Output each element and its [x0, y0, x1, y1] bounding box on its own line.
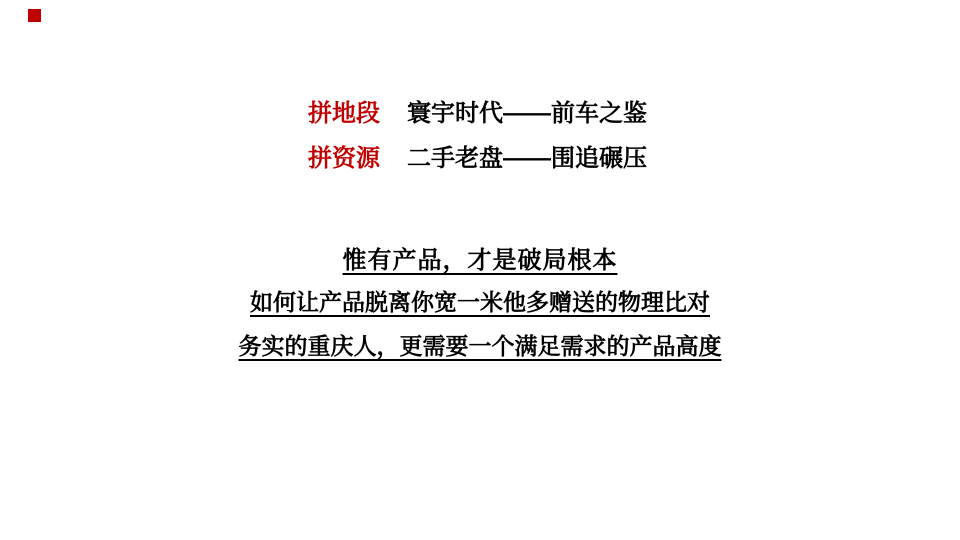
comparison-text: 二手老盘——围追碾压	[407, 145, 647, 172]
message-headline-text: 惟有产品，才是破局根本	[343, 247, 618, 274]
comparison-text: 寰宇时代——前车之鉴	[407, 100, 647, 127]
red-square-mark	[28, 9, 41, 22]
comparison-label: 拼地段	[308, 100, 380, 127]
comparison-label: 拼资源	[308, 145, 380, 172]
comparison-block: 拼地段寰宇时代——前车之鉴 拼资源二手老盘——围追碾压	[308, 91, 647, 181]
comparison-row: 拼地段寰宇时代——前车之鉴	[308, 91, 647, 136]
message-line-text: 如何让产品脱离你宽一米他多赠送的物理比对	[250, 289, 710, 315]
message-line-text: 务实的重庆人，更需要一个满足需求的产品高度	[239, 333, 722, 359]
comparison-row: 拼资源二手老盘——围追碾压	[308, 136, 647, 181]
message-headline: 惟有产品，才是破局根本	[0, 247, 960, 276]
slide-canvas: 拼地段寰宇时代——前车之鉴 拼资源二手老盘——围追碾压 惟有产品，才是破局根本 …	[0, 0, 960, 540]
message-line: 如何让产品脱离你宽一米他多赠送的物理比对	[0, 289, 960, 317]
message-line: 务实的重庆人，更需要一个满足需求的产品高度	[0, 333, 960, 361]
